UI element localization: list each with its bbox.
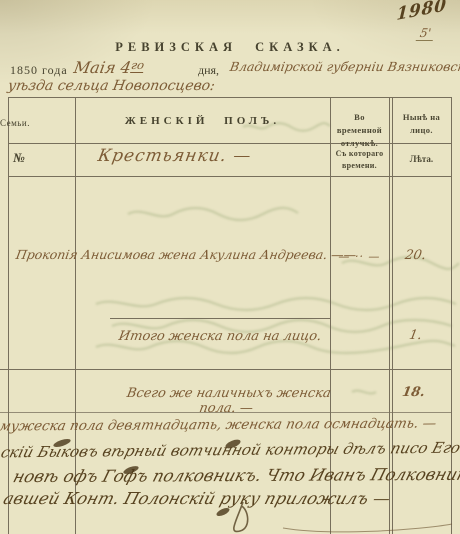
ink-flourishes <box>0 0 460 534</box>
document-page: 1980 5' РЕВИЗСКАЯ СКАЗКА. 1850 года Маія… <box>0 0 460 534</box>
